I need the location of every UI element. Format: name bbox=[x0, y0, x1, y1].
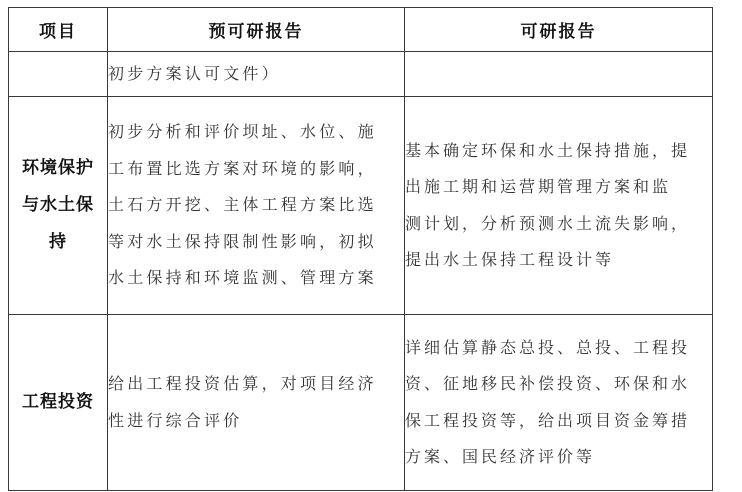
cell-line: 初步分析和评价坝址、水位、施 bbox=[108, 114, 404, 151]
cell-line: 测计划，分析预测水土流失影响， bbox=[405, 206, 712, 243]
item-label-line: 持 bbox=[9, 224, 107, 261]
item-label-line: 与水土保 bbox=[9, 187, 107, 224]
cell-line: 详细估算静态总投、总投、工程投 bbox=[405, 330, 712, 367]
pre-feasibility-cell: 初步分析和评价坝址、水位、施 工布置比选方案对环境的影响， 土石方开挖、主体工程… bbox=[108, 97, 405, 315]
item-label-line: 环境保护 bbox=[9, 150, 107, 187]
header-row: 项目 预可研报告 可研报告 bbox=[9, 8, 713, 52]
cell-line: 出施工期和运营期管理方案和监 bbox=[405, 169, 712, 206]
header-pre-feasibility: 预可研报告 bbox=[108, 8, 405, 52]
item-cell: 环境保护 与水土保 持 bbox=[9, 97, 108, 315]
cell-line: 基本确定环保和水土保持措施，提 bbox=[405, 133, 712, 170]
table-row: 环境保护 与水土保 持 初步分析和评价坝址、水位、施 工布置比选方案对环境的影响… bbox=[9, 97, 713, 315]
feasibility-cell: 详细估算静态总投、总投、工程投 资、征地移民补偿投资、环保和水 保工程投资等，给… bbox=[405, 315, 713, 491]
cell-line: 等对水土保持限制性影响，初拟 bbox=[108, 224, 404, 261]
pre-feasibility-cell: 给出工程投资估算，对项目经济 性进行综合评价 bbox=[108, 315, 405, 491]
cell-line: 给出工程投资估算，对项目经济 bbox=[108, 366, 404, 403]
cell-line: 土石方开挖、主体工程方案比选 bbox=[108, 187, 404, 224]
feasibility-cell: 基本确定环保和水土保持措施，提 出施工期和运营期管理方案和监 测计划，分析预测水… bbox=[405, 97, 713, 315]
cell-line: 保工程投资等，给出项目资金筹措 bbox=[405, 403, 712, 440]
comparison-table: 项目 预可研报告 可研报告 初步方案认可文件） 环境保护 与水土保 持 初步分析… bbox=[8, 7, 713, 491]
cell-line: 资、征地移民补偿投资、环保和水 bbox=[405, 366, 712, 403]
cell-line: 性进行综合评价 bbox=[108, 403, 404, 440]
item-cell: 工程投资 bbox=[9, 315, 108, 491]
header-feasibility: 可研报告 bbox=[405, 8, 713, 52]
header-item: 项目 bbox=[9, 8, 108, 52]
cell-line: 方案、国民经济评价等 bbox=[405, 439, 712, 476]
cell-line: 水土保持和环境监测、管理方案 bbox=[108, 260, 404, 297]
item-label-line: 工程投资 bbox=[9, 384, 107, 421]
item-cell bbox=[9, 52, 108, 97]
cell-line: 工布置比选方案对环境的影响， bbox=[108, 151, 404, 188]
table-row: 工程投资 给出工程投资估算，对项目经济 性进行综合评价 详细估算静态总投、总投、… bbox=[9, 315, 713, 491]
pre-feasibility-cell: 初步方案认可文件） bbox=[108, 52, 405, 97]
cell-line: 提出水土保持工程设计等 bbox=[405, 242, 712, 279]
cell-line: 初步方案认可文件） bbox=[108, 56, 404, 93]
table-row: 初步方案认可文件） bbox=[9, 52, 713, 97]
feasibility-cell bbox=[405, 52, 713, 97]
